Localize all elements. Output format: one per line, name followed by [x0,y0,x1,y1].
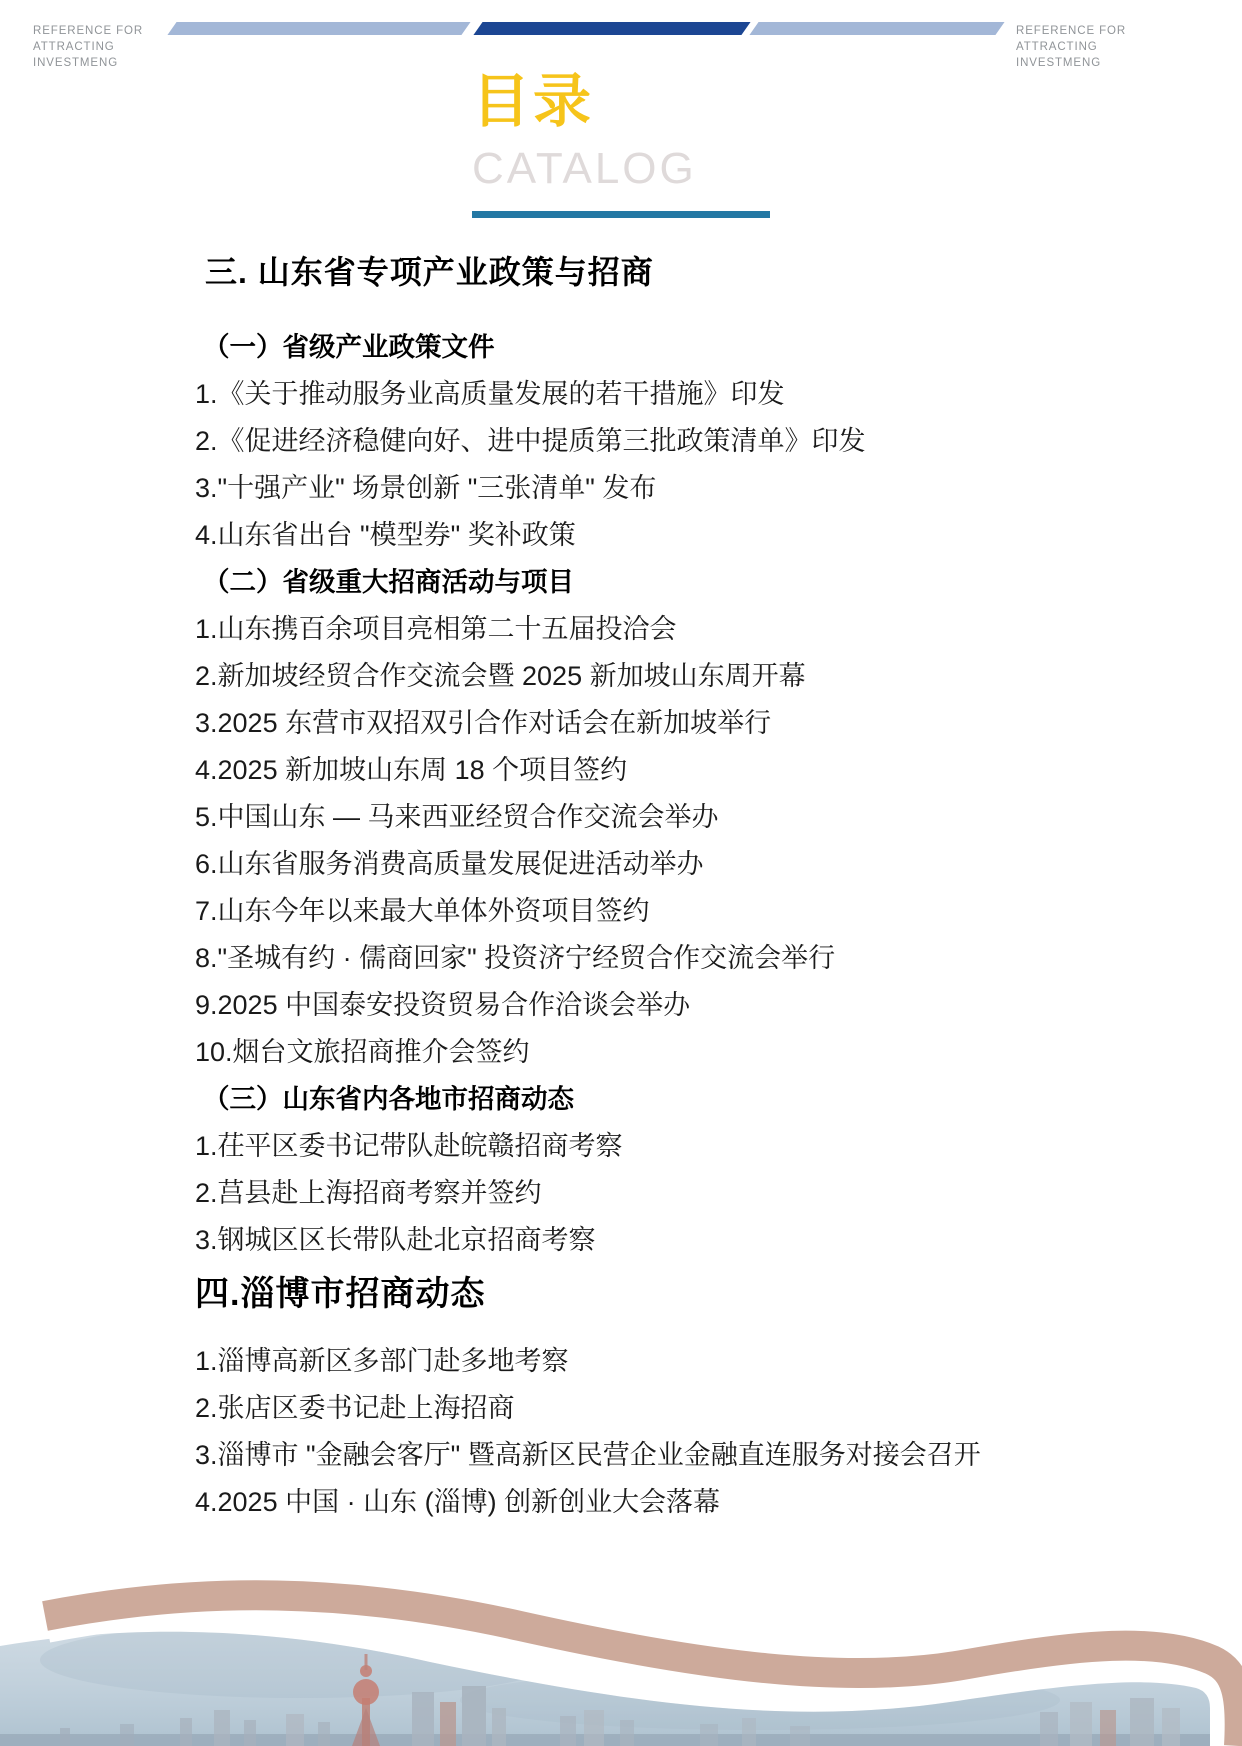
brand-tagline-line: REFERENCE FOR [33,25,143,37]
brand-tagline-right: REFERENCE FOR ATTRACTING INVESTMENG [1016,23,1126,71]
toc-entry: 7.山东今年以来最大单体外资项目签约 [195,897,1135,925]
brand-tagline-line: ATTRACTING [1016,41,1098,53]
toc-entry: 3.2025 东营市双招双引合作对话会在新加坡举行 [195,709,1135,737]
toc-entry: 8."圣城有约 · 儒商回家" 投资济宁经贸合作交流会举行 [195,944,1135,972]
brand-tagline-line: INVESTMENG [33,57,118,69]
toc-entry: 4.山东省出台 "模型券" 奖补政策 [195,521,1135,549]
toc-entry: 3."十强产业" 场景创新 "三张清单" 发布 [195,474,1135,502]
toc-entry: 2.张店区委书记赴上海招商 [195,1394,1135,1422]
page-title: 目录 [472,70,594,134]
toc-entry: 2.《促进经济稳健向好、进中提质第三批政策清单》印发 [195,427,1135,455]
catalog-page: REFERENCE FOR ATTRACTING INVESTMENG REFE… [0,0,1242,1746]
footer-artwork [0,1440,1242,1746]
brand-tagline-line: ATTRACTING [33,41,115,53]
toc-entry: 5.中国山东 — 马来西亚经贸合作交流会举办 [195,803,1135,831]
toc-entry: 2.莒县赴上海招商考察并签约 [195,1179,1135,1207]
toc-section-heading: （一）省级产业政策文件 [195,333,1135,361]
toc-entry: 3.钢城区区长带队赴北京招商考察 [195,1226,1135,1254]
page-title-english: CATALOG [472,146,697,192]
brand-tagline-line: REFERENCE FOR [1016,25,1126,37]
toc-section-heading: 四.淄博市招商动态 [195,1274,1135,1314]
toc-entry: 6.山东省服务消费高质量发展促进活动举办 [195,850,1135,878]
toc-section-heading: （二）省级重大招商活动与项目 [195,568,1135,596]
toc-entry: 4.2025 新加坡山东周 18 个项目签约 [195,756,1135,784]
title-underline [472,211,770,218]
brand-tagline-left: REFERENCE FOR ATTRACTING INVESTMENG [33,23,143,71]
toc-entry: 1.山东携百余项目亮相第二十五届投洽会 [195,615,1135,643]
toc-entry: 1.淄博高新区多部门赴多地考察 [195,1347,1135,1375]
toc-entry: 9.2025 中国泰安投资贸易合作洽谈会举办 [195,991,1135,1019]
toc-entry: 2.新加坡经贸合作交流会暨 2025 新加坡山东周开幕 [195,662,1135,690]
toc-section-heading: 三. 山东省专项产业政策与招商 [195,253,1135,291]
brand-tagline-line: INVESTMENG [1016,57,1101,69]
toc-entry: 1.《关于推动服务业高质量发展的若干措施》印发 [195,380,1135,408]
header-band-light-right [749,22,1004,35]
toc-entry: 1.茌平区委书记带队赴皖赣招商考察 [195,1132,1135,1160]
header-band-dark-center [473,22,750,35]
toc-section-heading: （三）山东省内各地市招商动态 [195,1085,1135,1113]
toc-entry: 10.烟台文旅招商推介会签约 [195,1038,1135,1066]
toc-list: 三. 山东省专项产业政策与招商（一）省级产业政策文件1.《关于推动服务业高质量发… [195,253,1135,1535]
header-band-light-left [167,22,470,35]
